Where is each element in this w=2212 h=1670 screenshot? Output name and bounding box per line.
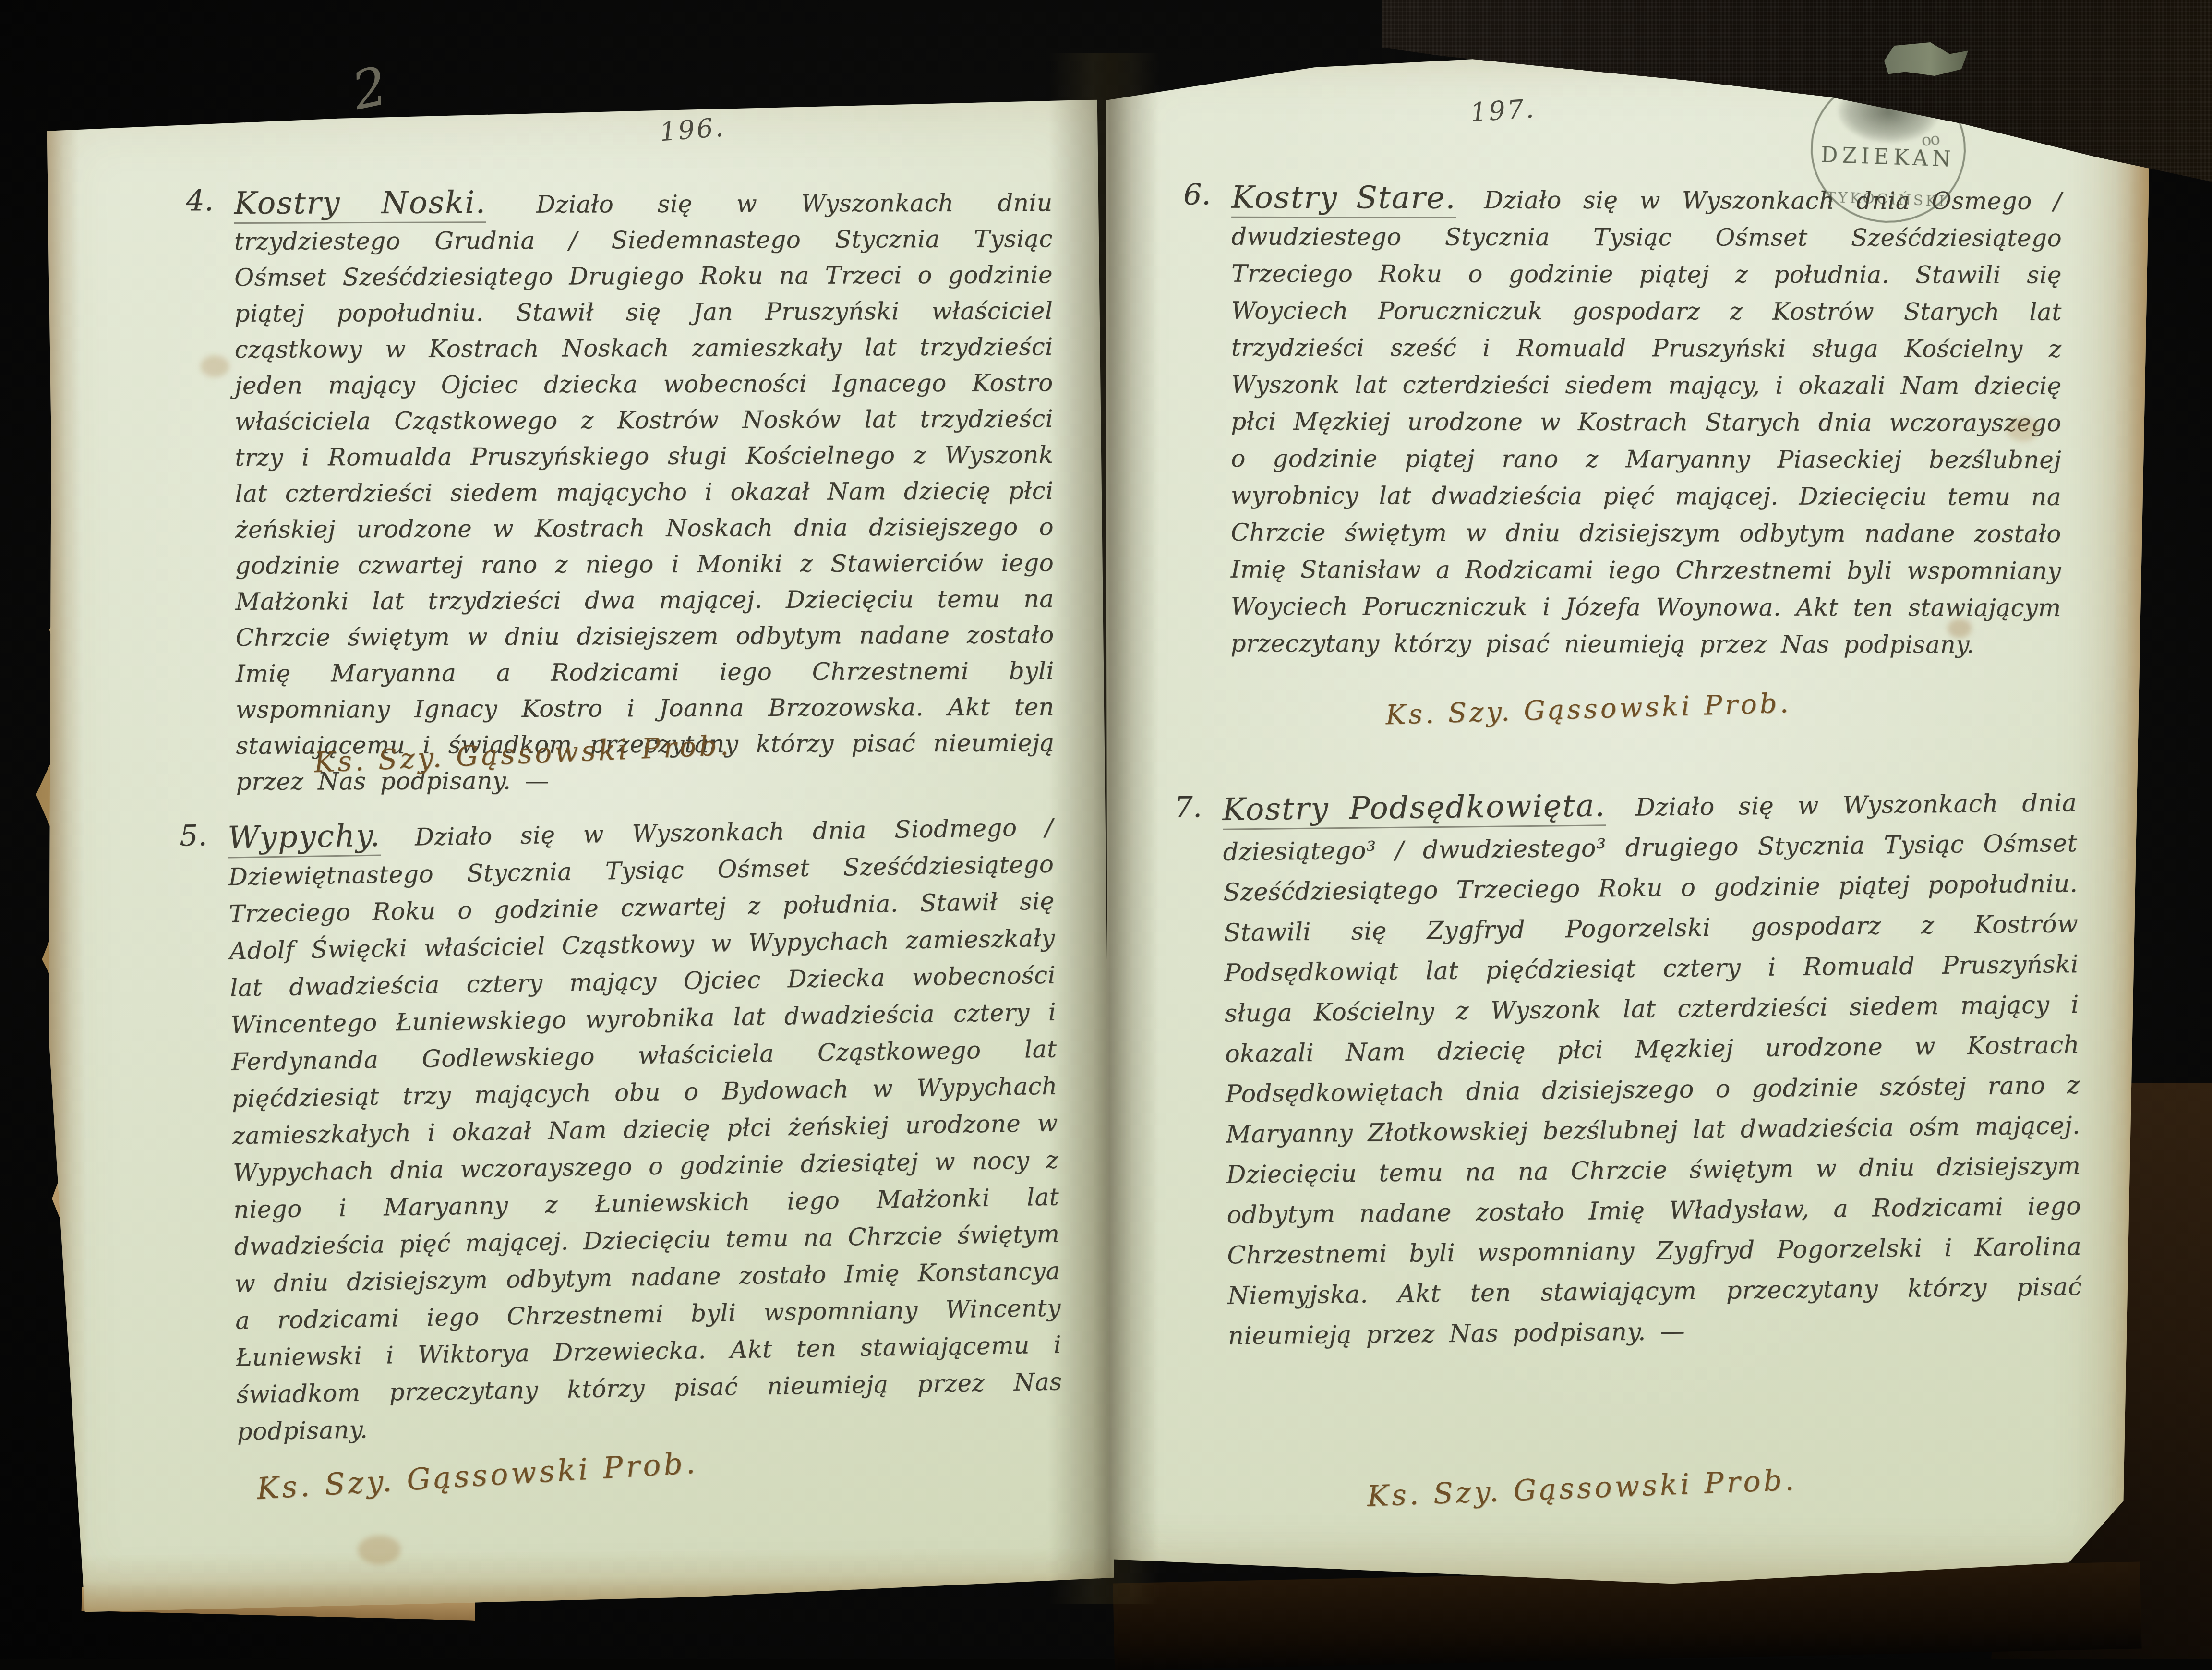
page-number-right: 197. [1469,93,1537,128]
left-page: 196. 4. Kostry Noski. Działo się w Wyszo… [40,99,1114,1612]
foxing-stain [201,355,229,377]
entry-number: 5. [180,817,207,855]
priest-signature: Ks. Szy. Gąssowski Prob. [256,1445,699,1506]
entry-number: 4. [186,183,214,219]
foxing-stain [1948,619,1972,638]
entry-heading: Kostry Noski. [234,185,486,224]
entry-body: Działo się w Wyszonkach dnia Osmego / dw… [1231,186,2062,659]
book-gutter-shadow [1049,53,1159,1604]
foxing-stain [2006,417,2040,441]
stamp-text-dziekan: DZIEKAN [1812,143,1964,172]
priest-signature: Ks. Szy. Gąssowski Prob. [1385,688,1791,731]
entry-body: Działo się w Wyszonkach dnia Siodmego / … [228,813,1062,1446]
entry-4-kostry-noski: 4. Kostry Noski. Działo się w Wyszonkach… [234,183,1054,800]
entry-heading: Kostry Stare. [1231,180,1456,218]
margin-mark-2: 2 [347,55,392,122]
entry-6-kostry-stare: 6. Kostry Stare. Działo się w Wyszonkach… [1231,180,2062,664]
entry-7-kostry-podsedkowieta: 7. Kostry Podsędkowięta. Działo się w Wy… [1222,781,2082,1357]
entry-body: Działo się w Wyszonkach dnia dziesiątego… [1223,789,2082,1351]
priest-signature: Ks. Szy. Gąssowski Prob. [1367,1463,1797,1513]
photo-background: 196. 4. Kostry Noski. Działo się w Wyszo… [0,0,2212,1659]
entry-heading: Wypychy. [228,818,381,859]
entry-number: 7. [1174,787,1202,828]
entry-body: Działo się w Wyszonkach dniu trzydzieste… [234,189,1055,796]
page-number-left: 196. [659,112,726,147]
right-page: 197. 6. Kostry Stare. Działo się w Wyszo… [1098,48,2150,1601]
entry-number: 6. [1183,177,1211,214]
entry-5-wypychy: 5. Wypychy. Działo się w Wyszonkach dnia… [228,807,1063,1451]
foxing-stain [358,1536,401,1565]
entry-heading: Kostry Podsędkowięta. [1222,788,1606,830]
